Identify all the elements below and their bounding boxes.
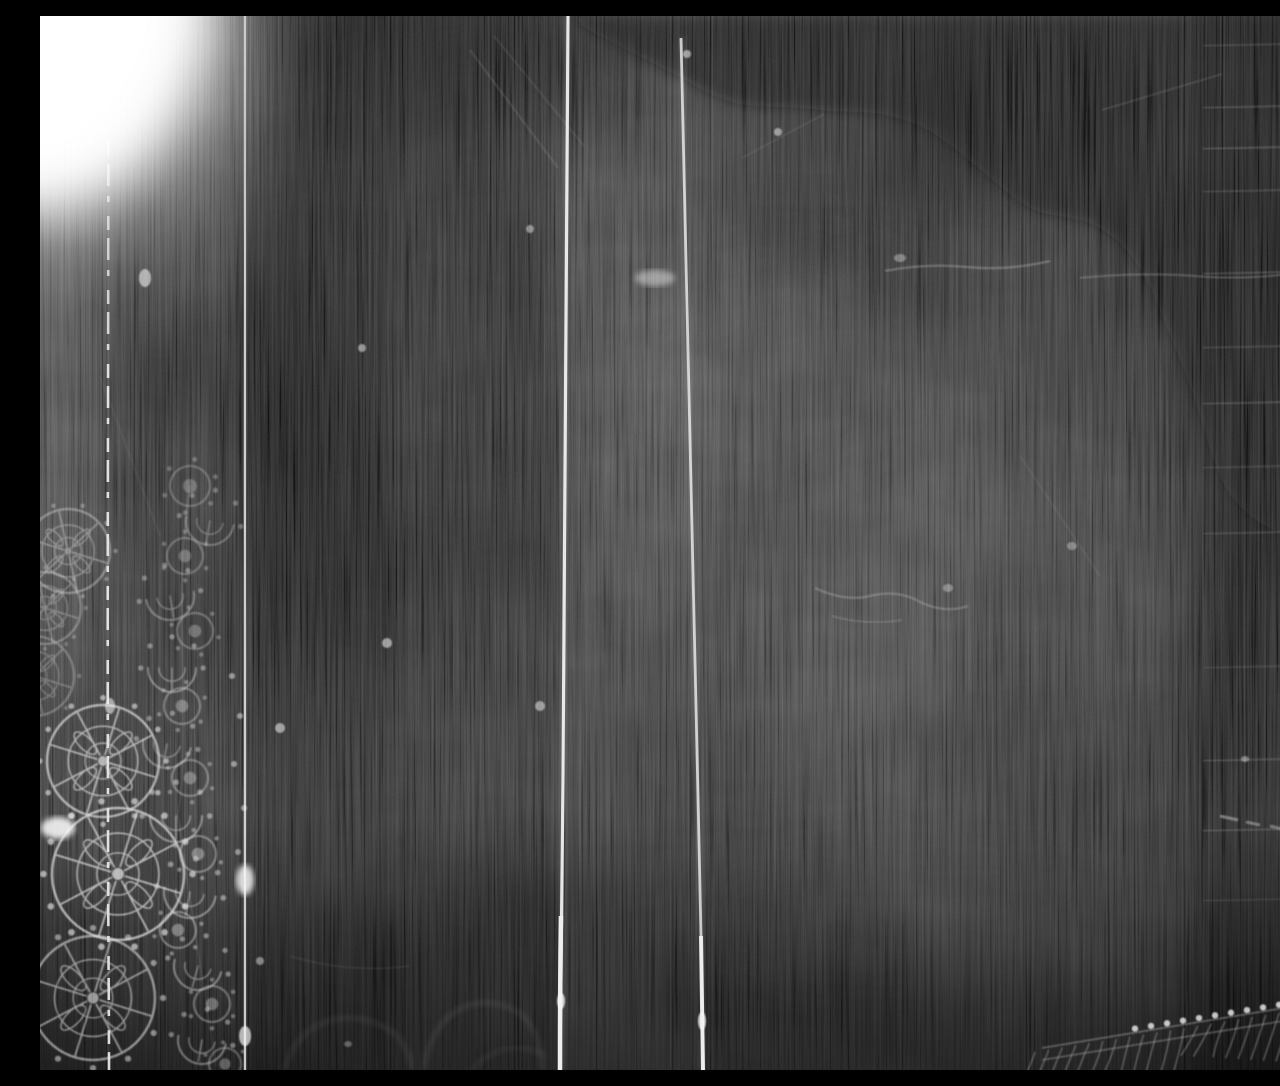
xray-panel-painting: [40, 16, 1280, 1070]
radiograph-canvas: [40, 16, 1280, 1070]
corner-glow: [40, 16, 600, 696]
